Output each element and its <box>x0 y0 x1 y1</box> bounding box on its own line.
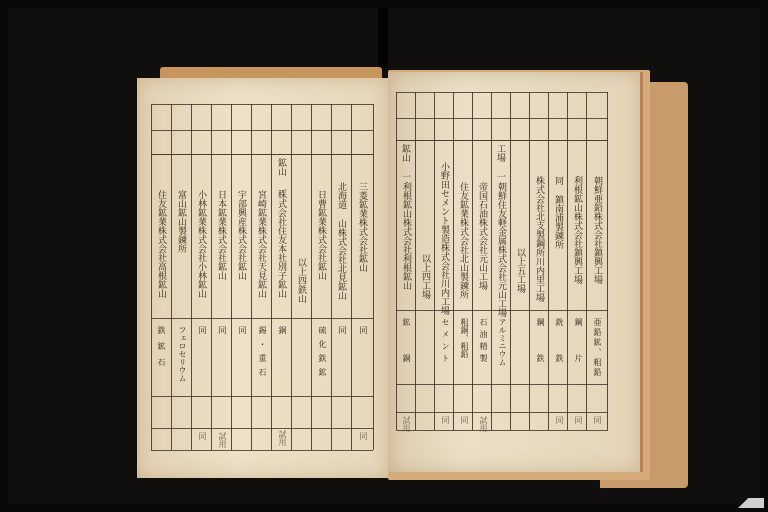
entry-note: 試用 <box>276 430 288 446</box>
entry-product: 同 <box>357 326 369 334</box>
entry-name: 株式会社住友本社別子鉱山 <box>275 190 287 298</box>
entry-name: 富山鉱山製錬所 <box>175 190 187 253</box>
entry-name: 朝鮮亜鉛株式会社鎮興工場 <box>591 176 603 284</box>
frame-divider <box>378 8 388 68</box>
entry-product: 銑鉄 <box>553 318 565 390</box>
entry-name: 帝国石油株式会社元山工場 <box>476 182 488 290</box>
entry-note: 同 <box>439 416 451 424</box>
entry-name: 利根鉱山株式会社鎮興工場 <box>571 176 583 284</box>
entry-product: 粗銅、粗鉛 <box>458 318 470 358</box>
entry-note: 試用 <box>477 416 489 432</box>
entry-product: セメント <box>439 318 451 366</box>
entry-name: 宇部興産株式会社鉱山 <box>235 190 247 280</box>
entry-name: 三菱鉱業株式会社鉱山 <box>356 182 368 272</box>
entry-product: 鉱銅 <box>400 318 412 390</box>
entry-product: 同 <box>216 326 228 334</box>
entry-product: 亜鉛鉱、粗鉛 <box>591 318 603 378</box>
entry-name: 日本鉱業株式会社鉱山 <box>215 190 227 280</box>
entry-name: 株式会社北支製鋼所川内里工場 <box>533 176 545 302</box>
entry-note: 同 <box>357 432 369 440</box>
entry-name: 利根鉱山株式会社利根鉱山 <box>400 182 412 290</box>
entry-name: 住友鉱業株式会社高根鉱山 <box>155 190 167 298</box>
entry-note: 同 <box>196 432 208 440</box>
entry-note: 試用 <box>400 416 412 432</box>
entry-product: 錫・重石 <box>256 326 268 382</box>
subtotal-label: 以上四工場 <box>419 254 431 299</box>
entry-product: 鉄鉱石 <box>156 326 167 374</box>
entry-name: 宮崎鉱業株式会社天見鉱山 <box>255 190 267 298</box>
entry-product: 銅 <box>276 326 288 334</box>
subtotal-label: 以上五工場 <box>514 248 526 293</box>
entry-product: 同 <box>196 326 208 334</box>
left-page: 鉱山 一 住友鉱業株式会社高根鉱山 富山鉱山製錬所 小林鉱業株式会社小林鉱山 日… <box>137 78 388 478</box>
entry-note: 試用 <box>216 432 228 448</box>
entry-note: 同 <box>553 416 565 424</box>
entry-name: 日曹鉱業株式会社鉱山 <box>315 190 327 280</box>
entry-name: 朝鮮住友軽金属株式会社元山工場 <box>495 182 507 317</box>
entry-name: 小林鉱業株式会社小林鉱山 <box>195 190 207 298</box>
entry-note: 同 <box>458 416 470 424</box>
entry-name: 北海道 山株式会社北見鉱山 <box>335 182 347 300</box>
right-header-factories: 工場 一 <box>494 144 507 181</box>
entry-name: 小野田セメント製造株式会社川内工場 <box>438 162 450 315</box>
entry-product: 石油精製 <box>477 318 489 366</box>
entry-product: 鋼片 <box>572 318 584 390</box>
entry-product: 鋼鉄 <box>534 318 546 390</box>
entry-name: 同 鎮南浦製錬所 <box>552 176 564 249</box>
entry-product: 硫化鉄鉱 <box>316 326 328 382</box>
subtotal-label: 以上四鉄山 <box>295 258 307 303</box>
entry-name: 住友鉱業株式会社北山製錬所 <box>457 182 469 299</box>
right-header-mines: 鉱山 一 <box>399 144 412 181</box>
entry-product: アルミニウム <box>496 318 508 366</box>
right-page: 鉱山 一 工場 一 利根鉱山株式会社利根鉱山 以上四工場 小野田セメント製造株式… <box>388 72 643 472</box>
entry-note: 同 <box>572 416 584 424</box>
entry-note: 同 <box>591 416 603 424</box>
entry-product: 同 <box>336 326 348 334</box>
entry-product: フェロセリウム <box>176 326 188 382</box>
entry-product: 同 <box>236 326 248 334</box>
